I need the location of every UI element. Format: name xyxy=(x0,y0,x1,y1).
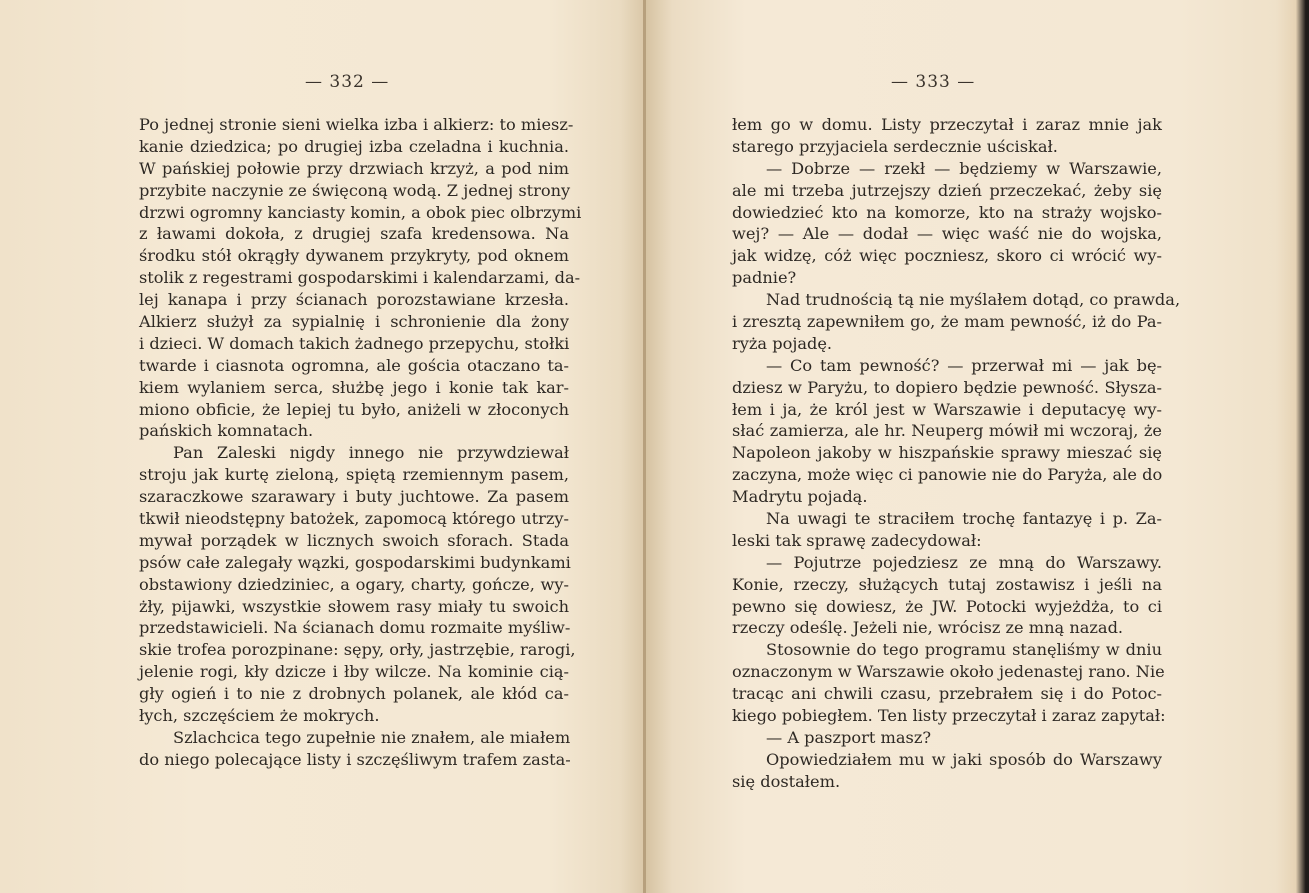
text-line: pańskich komnatach. xyxy=(139,420,569,442)
text-line: — A paszport masz? xyxy=(732,727,1162,749)
text-line: Nad trudnością tą nie myślałem dotąd, co… xyxy=(732,289,1162,311)
text-line: kiego pobiegłem. Ten listy przeczytał i … xyxy=(732,705,1162,727)
text-line: ryża pojadę. xyxy=(732,333,1162,355)
text-line: padnie? xyxy=(732,267,1162,289)
text-line: łem go w domu. Listy przeczytał i zaraz … xyxy=(732,114,1162,136)
page-number: — 332 — xyxy=(305,72,389,92)
text-line: i zresztą zapewniłem go, że mam pewność,… xyxy=(732,311,1162,333)
text-line: mywał porządek w licznych swoich sforach… xyxy=(139,530,569,552)
text-line: Madrytu pojadą. xyxy=(732,486,1162,508)
left-page: — 332 — Po jednej stronie sieni wielka i… xyxy=(0,0,646,893)
text-line: W pańskiej połowie przy drzwiach krzyż, … xyxy=(139,158,569,180)
text-line: Po jednej stronie sieni wielka izba i al… xyxy=(139,114,569,136)
book-gutter xyxy=(643,0,646,893)
text-line: starego przyjaciela serdecznie uściskał. xyxy=(732,136,1162,158)
text-line: oznaczonym w Warszawie około jedenastej … xyxy=(732,661,1162,683)
text-line: jelenie rogi, kły dzicze i łby wilcze. N… xyxy=(139,661,569,683)
text-line: wej? — Ale — dodał — więc waść nie do wo… xyxy=(732,223,1162,245)
text-line: do niego polecające listy i szczęśliwym … xyxy=(139,749,569,771)
text-line: rzeczy odeślę. Jeżeli nie, wrócisz ze mn… xyxy=(732,617,1162,639)
text-line: dowiedzieć kto na komorze, kto na straży… xyxy=(732,202,1162,224)
text-line: zaczyna, może więc ci panowie nie do Par… xyxy=(732,464,1162,486)
page-text: łem go w domu. Listy przeczytał i zaraz … xyxy=(732,114,1162,793)
text-line: gły ogień i to nie z drobnych polanek, a… xyxy=(139,683,569,705)
text-line: leski tak sprawę zadecydował: xyxy=(732,530,1162,552)
text-line: Opowiedziałem mu w jaki sposób do Warsza… xyxy=(732,749,1162,771)
text-line: jak widzę, cóż więc poczniesz, skoro ci … xyxy=(732,245,1162,267)
text-line: łem i ja, że król jest w Warszawie i dep… xyxy=(732,399,1162,421)
text-line: dziesz w Paryżu, to dopiero będzie pewno… xyxy=(732,377,1162,399)
book-spread: — 332 — Po jednej stronie sieni wielka i… xyxy=(0,0,1309,893)
text-line: Na uwagi te straciłem trochę fantazyę i … xyxy=(732,508,1162,530)
text-line: żły, pijawki, wszystkie słowem rasy miał… xyxy=(139,596,569,618)
text-line: łych, szczęściem że mokrych. xyxy=(139,705,569,727)
text-line: stolik z regestrami gospodarskimi i kale… xyxy=(139,267,569,289)
page-text: Po jednej stronie sieni wielka izba i al… xyxy=(139,114,569,771)
text-line: środku stół okrągły dywanem przykryty, p… xyxy=(139,245,569,267)
text-line: słać zamierza, ale hr. Neuperg mówił mi … xyxy=(732,420,1162,442)
text-line: przedstawicieli. Na ścianach domu rozmai… xyxy=(139,617,569,639)
text-line: — Dobrze — rzekł — będziemy w Warszawie, xyxy=(732,158,1162,180)
text-line: tkwił nieodstępny batożek, zapomocą któr… xyxy=(139,508,569,530)
text-line: Napoleon jakoby w hiszpańskie sprawy mie… xyxy=(732,442,1162,464)
page-number: — 333 — xyxy=(891,72,975,92)
text-line: pewno się dowiesz, że JW. Potocki wyjeżd… xyxy=(732,596,1162,618)
text-line: twarde i ciasnota ogromna, ale gościa ot… xyxy=(139,355,569,377)
text-line: obstawiony dziedziniec, a ogary, charty,… xyxy=(139,574,569,596)
text-line: miono obficie, że lepiej tu było, aniżel… xyxy=(139,399,569,421)
text-line: i dzieci. W domach takich żadnego przepy… xyxy=(139,333,569,355)
text-line: Alkierz służył za sypialnię i schronieni… xyxy=(139,311,569,333)
text-line: — Co tam pewność? — przerwał mi — jak bę… xyxy=(732,355,1162,377)
text-line: Stosownie do tego programu stanęliśmy w … xyxy=(732,639,1162,661)
text-line: ale mi trzeba jutrzejszy dzień przeczeka… xyxy=(732,180,1162,202)
text-line: psów całe zalegały wązki, gospodarskimi … xyxy=(139,552,569,574)
text-line: się dostałem. xyxy=(732,771,1162,793)
text-line: drzwi ogromny kanciasty komin, a obok pi… xyxy=(139,202,569,224)
text-line: — Pojutrze pojedziesz ze mną do Warszawy… xyxy=(732,552,1162,574)
text-line: kanie dziedzica; po drugiej izba czeladn… xyxy=(139,136,569,158)
text-line: kiem wylaniem serca, służbę jego i konie… xyxy=(139,377,569,399)
text-line: tracąc ani chwili czasu, przebrałem się … xyxy=(732,683,1162,705)
text-line: lej kanapa i przy ścianach porozstawiane… xyxy=(139,289,569,311)
text-line: Pan Zaleski nigdy innego nie przywdziewa… xyxy=(139,442,569,464)
text-line: przybite naczynie ze święconą wodą. Z je… xyxy=(139,180,569,202)
right-page: — 333 — łem go w domu. Listy przeczytał … xyxy=(646,0,1309,893)
text-line: Konie, rzeczy, służących tutaj zostawisz… xyxy=(732,574,1162,596)
text-line: stroju jak kurtę zieloną, spiętą rzemien… xyxy=(139,464,569,486)
text-line: z ławami dokoła, z drugiej szafa kredens… xyxy=(139,223,569,245)
text-line: skie trofea porozpinane: sępy, orły, jas… xyxy=(139,639,569,661)
text-line: Szlachcica tego zupełnie nie znałem, ale… xyxy=(139,727,569,749)
text-line: szaraczkowe szarawary i buty juchtowe. Z… xyxy=(139,486,569,508)
